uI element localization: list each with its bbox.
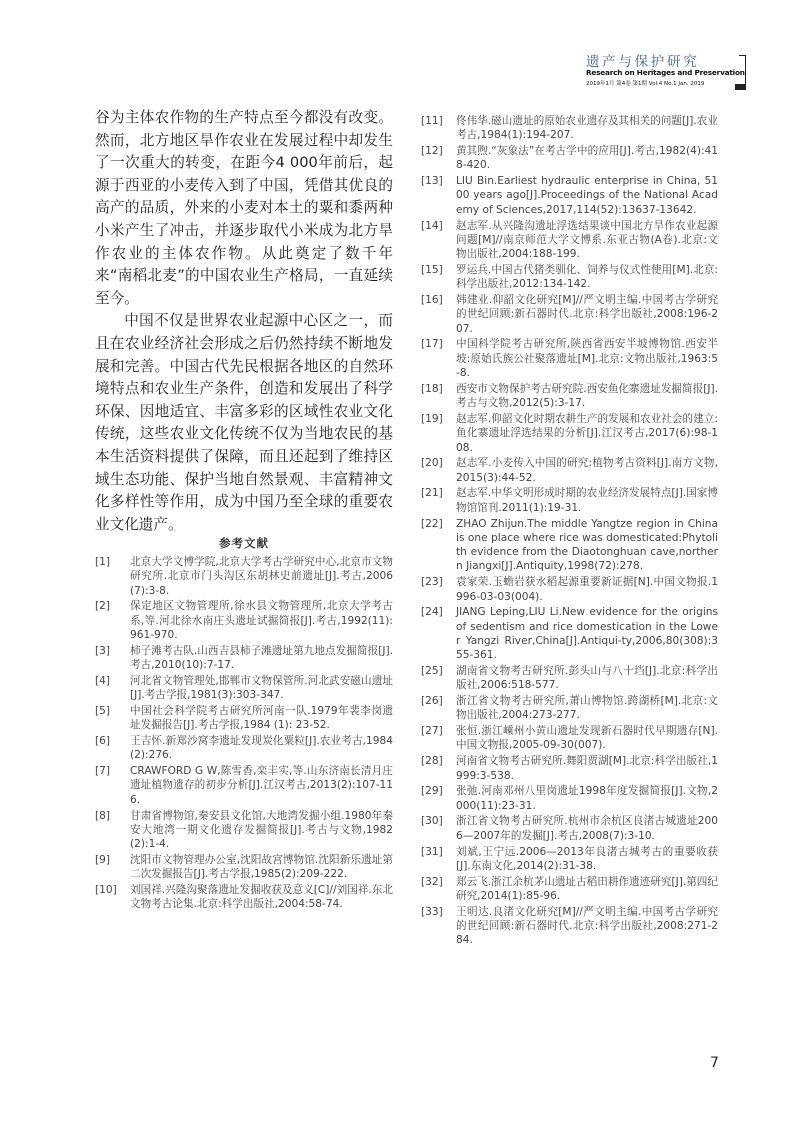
reference-item: [33]王明达.良渚文化研究[M]//严文明主编.中国考古学研究的世纪回顾:新石…: [421, 905, 718, 948]
reference-text: 郑云飞.浙江余杭茅山遗址古稻田耕作遗迹研究[J].第四纪研究,2014(1):8…: [456, 875, 718, 904]
reference-item: [19]赵志军.仰韶文化时期农耕生产的发展和农业社会的建立:鱼化寨遗址浮选结果的…: [421, 412, 718, 455]
reference-number: [32]: [421, 875, 456, 904]
reference-text: ZHAO Zhijun.The middle Yangtze region in…: [456, 517, 718, 574]
reference-text: 甘肃省博物馆,秦安县文化馆,大地湾发掘小组.1980年秦安大地湾一期文化遗存发掘…: [130, 809, 393, 852]
references-heading: 参考文献: [95, 535, 393, 551]
reference-text: 赵志军.仰韶文化时期农耕生产的发展和农业社会的建立:鱼化寨遗址浮选结果的分析[J…: [456, 412, 718, 455]
reference-text: 河南省文物考古研究所.舞阳贾湖[M].北京:科学出版社,1999:3-538.: [456, 754, 718, 783]
body-paragraph: 中国不仅是世界农业起源中心区之一，而且在农业经济社会形成之后仍然持续不断地发展和…: [95, 310, 393, 536]
reference-number: [19]: [421, 412, 456, 455]
reference-number: [1]: [95, 555, 130, 598]
body-paragraph: 谷为主体农作物的生产特点至今都没有改变。然而，北方地区旱作农业在发展过程中却发生…: [95, 107, 393, 310]
reference-number: [17]: [421, 337, 456, 380]
reference-number: [20]: [421, 456, 456, 485]
reference-text: 刘国祥.兴隆沟聚落遗址发掘收获及意义[C]//刘国祥.东北文物考古论集.北京:科…: [130, 883, 393, 912]
reference-number: [29]: [421, 784, 456, 813]
reference-item: [10]刘国祥.兴隆沟聚落遗址发掘收获及意义[C]//刘国祥.东北文物考古论集.…: [95, 883, 393, 912]
body-text: 谷为主体农作物的生产特点至今都没有改变。然而，北方地区旱作农业在发展过程中却发生…: [95, 107, 393, 536]
reference-number: [22]: [421, 517, 456, 574]
references-list-right: [11]佟伟华.磁山遗址的原始农业遗存及其相关的问题[J].农业考古,1984(…: [421, 114, 718, 949]
reference-number: [12]: [421, 144, 456, 173]
reference-number: [28]: [421, 754, 456, 783]
reference-text: 保定地区文物管理所,徐水县文物管理所,北京大学考古系,等.河北徐水南庄头遗址试掘…: [130, 599, 393, 642]
reference-item: [31]刘斌,王宁远.2006—2013年良渚古城考古的重要收获[J].东南文化…: [421, 845, 718, 874]
reference-item: [17]中国科学院考古研究所,陕西省西安半坡博物馆.西安半坡:原始氏族公社聚落遗…: [421, 337, 718, 380]
reference-text: 沈阳市文物管理办公室,沈阳故宫博物馆.沈阳新乐遗址第二次发掘报告[J].考古学报…: [130, 853, 393, 882]
reference-text: CRAWFORD G W,陈雪香,栾丰实,等.山东济南长清月庄遗址植物遗存的初步…: [130, 764, 393, 807]
reference-text: 韩建业.仰韶文化研究[M]//严文明主编.中国考古学研究的世纪回顾:新石器时代.…: [456, 293, 718, 336]
reference-text: 刘斌,王宁远.2006—2013年良渚古城考古的重要收获[J].东南文化,201…: [456, 845, 718, 874]
page-number: 7: [710, 1055, 719, 1071]
reference-item: [11]佟伟华.磁山遗址的原始农业遗存及其相关的问题[J].农业考古,1984(…: [421, 114, 718, 143]
reference-text: 张弛.河南邓州八里岗遗址1998年度发掘简报[J].文物,2000(11):23…: [456, 784, 718, 813]
reference-item: [9]沈阳市文物管理办公室,沈阳故宫博物馆.沈阳新乐遗址第二次发掘报告[J].考…: [95, 853, 393, 882]
journal-issue-info: 2019年1月 第4卷 第1期 Vol.4 No.1 Jan. 2019: [586, 79, 704, 87]
reference-item: [5]中国社会科学院考古研究所河南一队.1979年裴李岗遗址发掘报告[J].考古…: [95, 704, 393, 733]
reference-number: [18]: [421, 382, 456, 411]
reference-number: [6]: [95, 734, 130, 763]
reference-number: [11]: [421, 114, 456, 143]
reference-number: [13]: [421, 174, 456, 217]
reference-text: 佟伟华.磁山遗址的原始农业遗存及其相关的问题[J].农业考古,1984(1):1…: [456, 114, 718, 143]
reference-number: [30]: [421, 814, 456, 843]
reference-number: [4]: [95, 674, 130, 703]
reference-number: [10]: [95, 883, 130, 912]
reference-item: [16]韩建业.仰韶文化研究[M]//严文明主编.中国考古学研究的世纪回顾:新石…: [421, 293, 718, 336]
reference-number: [9]: [95, 853, 130, 882]
reference-item: [3]柿子滩考古队.山西吉县柿子滩遗址第九地点发掘简报[J].考古,2010(1…: [95, 644, 393, 673]
reference-number: [21]: [421, 486, 456, 515]
reference-text: 北京大学文博学院,北京大学考古学研究中心,北京市文物研究所.北京市门头沟区东胡林…: [130, 555, 393, 598]
reference-text: 西安市文物保护考古研究院.西安鱼化寨遗址发掘简报[J].考古与文物,2012(5…: [456, 382, 718, 411]
reference-number: [33]: [421, 905, 456, 948]
reference-number: [25]: [421, 664, 456, 693]
reference-text: 王明达.良渚文化研究[M]//严文明主编.中国考古学研究的世纪回顾:新石器时代.…: [456, 905, 718, 948]
reference-item: [18]西安市文物保护考古研究院.西安鱼化寨遗址发掘简报[J].考古与文物,20…: [421, 382, 718, 411]
reference-text: 赵志军.中华文明形成时期的农业经济发展特点[J].国家博物馆馆刊.2011(1)…: [456, 486, 718, 515]
reference-item: [26]浙江省文物考古研究所,萧山博物馆.跨湖桥[M].北京:文物出版社,200…: [421, 694, 718, 723]
reference-text: 袁家荣.玉蟾岩获水稻起源重要新证据[N].中国文物报.1996-03-03(00…: [456, 575, 718, 604]
reference-text: 赵志军.小麦传入中国的研究:植物考古资料[J].南方文物,2015(3):44-…: [456, 456, 718, 485]
reference-item: [12]黄其煦.“灰象法”在考古学中的应用[J].考古,1982(4):418-…: [421, 144, 718, 173]
reference-text: 中国社会科学院考古研究所河南一队.1979年裴李岗遗址发掘报告[J].考古学报,…: [130, 704, 393, 733]
reference-item: [22]ZHAO Zhijun.The middle Yangtze regio…: [421, 517, 718, 574]
reference-item: [21]赵志军.中华文明形成时期的农业经济发展特点[J].国家博物馆馆刊.201…: [421, 486, 718, 515]
reference-number: [7]: [95, 764, 130, 807]
reference-item: [30]浙江省文物考古研究所.杭州市余杭区良渚古城遗址2006—2007年的发掘…: [421, 814, 718, 843]
reference-item: [27]张恒.浙江嵊州小黄山遗址发现新石器时代早期遗存[N].中国文物报,200…: [421, 724, 718, 753]
reference-number: [8]: [95, 809, 130, 852]
reference-text: 中国科学院考古研究所,陕西省西安半坡博物馆.西安半坡:原始氏族公社聚落遗址[M]…: [456, 337, 718, 380]
reference-text: 黄其煦.“灰象法”在考古学中的应用[J].考古,1982(4):418-420.: [456, 144, 718, 173]
reference-item: [13]LIU Bin.Earliest hydraulic enterpris…: [421, 174, 718, 217]
reference-number: [27]: [421, 724, 456, 753]
header-bracket-decoration: [739, 55, 746, 84]
reference-text: 柿子滩考古队.山西吉县柿子滩遗址第九地点发掘简报[J].考古,2010(10):…: [130, 644, 393, 673]
reference-item: [29]张弛.河南邓州八里岗遗址1998年度发掘简报[J].文物,2000(11…: [421, 784, 718, 813]
header-block-decoration: [735, 84, 746, 90]
reference-item: [28]河南省文物考古研究所.舞阳贾湖[M].北京:科学出版社,1999:3-5…: [421, 754, 718, 783]
reference-item: [32]郑云飞.浙江余杭茅山遗址古稻田耕作遗迹研究[J].第四纪研究,2014(…: [421, 875, 718, 904]
reference-number: [3]: [95, 644, 130, 673]
reference-number: [23]: [421, 575, 456, 604]
reference-number: [31]: [421, 845, 456, 874]
reference-text: 浙江省文物考古研究所.杭州市余杭区良渚古城遗址2006—2007年的发掘[J].…: [456, 814, 718, 843]
references-list-left: [1]北京大学文博学院,北京大学考古学研究中心,北京市文物研究所.北京市门头沟区…: [95, 555, 393, 913]
reference-text: 浙江省文物考古研究所,萧山博物馆.跨湖桥[M].北京:文物出版社,2004:27…: [456, 694, 718, 723]
reference-item: [7]CRAWFORD G W,陈雪香,栾丰实,等.山东济南长清月庄遗址植物遗存…: [95, 764, 393, 807]
reference-text: 王吉怀.新郑沙窝李遗址发现炭化粟粒[J].农业考古,1984(2):276.: [130, 734, 393, 763]
reference-item: [15]罗运兵.中国古代猪类驯化、饲养与仪式性使用[M].北京:科学出版社,20…: [421, 263, 718, 292]
reference-item: [8]甘肃省博物馆,秦安县文化馆,大地湾发掘小组.1980年秦安大地湾一期文化遗…: [95, 809, 393, 852]
reference-item: [2]保定地区文物管理所,徐水县文物管理所,北京大学考古系,等.河北徐水南庄头遗…: [95, 599, 393, 642]
reference-text: 罗运兵.中国古代猪类驯化、饲养与仪式性使用[M].北京:科学出版社,2012:1…: [456, 263, 718, 292]
reference-item: [23]袁家荣.玉蟾岩获水稻起源重要新证据[N].中国文物报.1996-03-0…: [421, 575, 718, 604]
reference-text: 湖南省文物考古研究所.彭头山与八十垱[J].北京:科学出版社,2006:518-…: [456, 664, 718, 693]
reference-text: JIANG Leping,LIU Li.New evidence for the…: [456, 605, 718, 662]
reference-number: [14]: [421, 219, 456, 262]
reference-item: [6]王吉怀.新郑沙窝李遗址发现炭化粟粒[J].农业考古,1984(2):276…: [95, 734, 393, 763]
journal-header: 遗产与保护研究 Research on Heritages and Preser…: [586, 50, 736, 90]
reference-item: [14]赵志军.从兴隆沟遗址浮选结果谈中国北方旱作农业起源问题[M]//南京师范…: [421, 219, 718, 262]
reference-item: [24]JIANG Leping,LIU Li.New evidence for…: [421, 605, 718, 662]
reference-number: [26]: [421, 694, 456, 723]
journal-title-en: Research on Heritages and Preservation: [586, 68, 745, 77]
reference-number: [5]: [95, 704, 130, 733]
reference-text: 河北省文物管理处,邯郸市文物保管所.河北武安磁山遗址[J].考古学报,1981(…: [130, 674, 393, 703]
reference-text: 张恒.浙江嵊州小黄山遗址发现新石器时代早期遗存[N].中国文物报,2005-09…: [456, 724, 718, 753]
journal-title-cn: 遗产与保护研究: [586, 50, 699, 70]
reference-item: [4]河北省文物管理处,邯郸市文物保管所.河北武安磁山遗址[J].考古学报,19…: [95, 674, 393, 703]
reference-number: [16]: [421, 293, 456, 336]
reference-item: [25]湖南省文物考古研究所.彭头山与八十垱[J].北京:科学出版社,2006:…: [421, 664, 718, 693]
reference-item: [1]北京大学文博学院,北京大学考古学研究中心,北京市文物研究所.北京市门头沟区…: [95, 555, 393, 598]
reference-text: 赵志军.从兴隆沟遗址浮选结果谈中国北方旱作农业起源问题[M]//南京师范大学文博…: [456, 219, 718, 262]
reference-number: [24]: [421, 605, 456, 662]
reference-text: LIU Bin.Earliest hydraulic enterprise in…: [456, 174, 718, 217]
reference-number: [15]: [421, 263, 456, 292]
reference-number: [2]: [95, 599, 130, 642]
reference-item: [20]赵志军.小麦传入中国的研究:植物考古资料[J].南方文物,2015(3)…: [421, 456, 718, 485]
